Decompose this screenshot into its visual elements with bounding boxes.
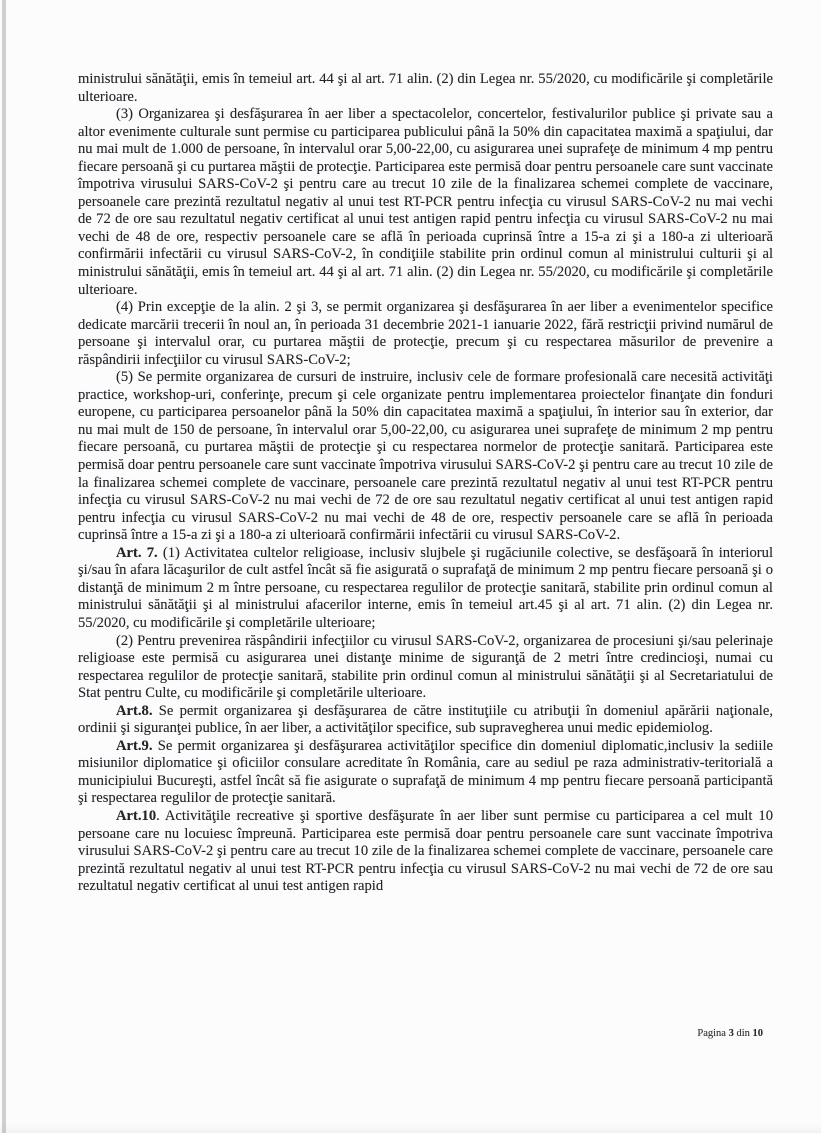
article-number-label: Art.10 — [116, 808, 156, 824]
footer-page-number: 3 — [729, 1028, 734, 1039]
paragraph-text: (5) Se permite organizarea de cursuri de… — [78, 369, 773, 543]
article-paragraph: Art.10. Activităţile recreative şi sport… — [78, 808, 773, 896]
article-paragraph: Art.9. Se permit organizarea şi desfăşur… — [78, 738, 773, 808]
paragraph-text: Se permit organizarea şi desfăşurarea ac… — [78, 738, 773, 807]
footer-total-pages: 10 — [753, 1028, 764, 1039]
article-number-label: Art.9. — [116, 738, 152, 754]
paragraph-text: (4) Prin excepţie de la alin. 2 şi 3, se… — [78, 299, 773, 368]
body-paragraph: ministrului sănătăţii, emis în temeiul a… — [78, 71, 773, 106]
body-paragraph: (2) Pentru prevenirea răspândirii infecţ… — [78, 633, 773, 703]
document-page: ministrului sănătăţii, emis în temeiul a… — [0, 0, 821, 1133]
document-body: ministrului sănătăţii, emis în temeiul a… — [78, 71, 773, 896]
paragraph-text: (2) Pentru prevenirea răspândirii infecţ… — [78, 633, 773, 702]
article-number-label: Art.8. — [116, 703, 152, 719]
footer-page-label: Pagina — [697, 1028, 726, 1039]
body-paragraph: (4) Prin excepţie de la alin. 2 şi 3, se… — [78, 299, 773, 369]
body-paragraph: (3) Organizarea şi desfăşurarea în aer l… — [78, 106, 773, 299]
scan-shade-artifact — [0, 1123, 821, 1133]
paragraph-text: ministrului sănătăţii, emis în temeiul a… — [78, 71, 773, 105]
paragraph-text: (3) Organizarea şi desfăşurarea în aer l… — [78, 106, 773, 297]
article-number-label: Art. 7. — [116, 545, 158, 561]
body-paragraph: (5) Se permite organizarea de cursuri de… — [78, 369, 773, 544]
footer-separator: din — [736, 1028, 749, 1039]
article-paragraph: Art. 7. (1) Activitatea cultelor religio… — [78, 545, 773, 633]
article-paragraph: Art.8. Se permit organizarea şi desfăşur… — [78, 703, 773, 738]
page-footer: Pagina 3 din 10 — [697, 1027, 763, 1040]
paragraph-text: (1) Activitatea cultelor religioase, inc… — [78, 545, 773, 631]
scan-edge-artifact — [2, 0, 6, 1133]
paragraph-text: . Activităţile recreative şi sportive de… — [78, 808, 773, 894]
paragraph-text: Se permit organizarea şi desfăşurarea de… — [78, 703, 773, 737]
